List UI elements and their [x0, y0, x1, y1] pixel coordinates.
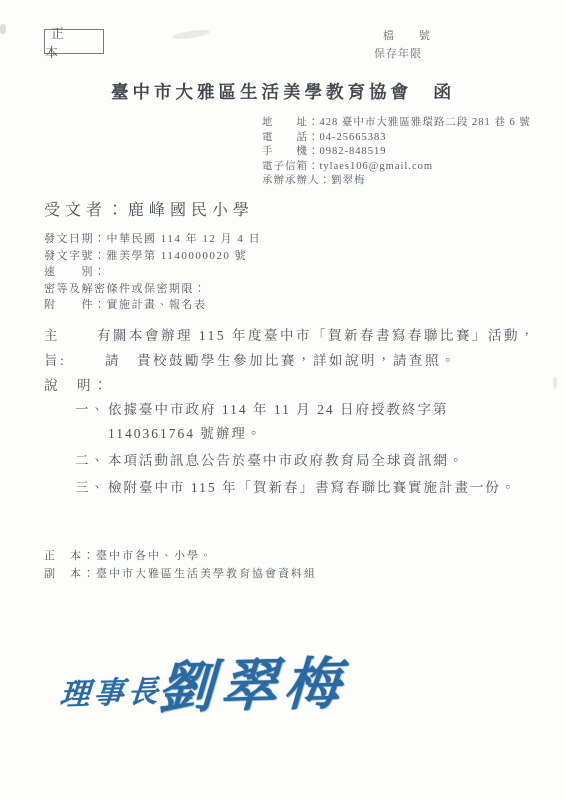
- doc-number-line: 發文字號：雅美學第 1140000020 號: [44, 248, 261, 265]
- subject-line-1: 有關本會辦理 115 年度臺中市「賀新春書寫春聯比賽」活動，: [97, 323, 542, 348]
- signature: 理事長 劉翠梅: [0, 640, 566, 760]
- sender-phone-line: 電 話：04-25665383: [262, 131, 531, 146]
- item-number: 三、: [75, 476, 108, 500]
- original-copy-stamp: 正 本: [44, 29, 104, 54]
- item-text: 本項活動訊息公告於臺中市政府教育局全球資訊網。: [108, 449, 532, 473]
- explanation-label: 說 明：: [44, 374, 110, 394]
- copies-block: 正 本：臺中市各中、小學。 副 本：臺中市大雅區生活美學教育協會資料組: [44, 548, 317, 583]
- item-text: 依據臺中市政府 114 年 11 月 24 日府授教終字第 1140361764…: [108, 398, 532, 446]
- explanation-items: 一、 依據臺中市政府 114 年 11 月 24 日府授教終字第 1140361…: [75, 398, 545, 503]
- document-meta-block: 發文日期：中華民國 114 年 12 月 4 日 發文字號：雅美學第 11400…: [44, 231, 261, 314]
- scan-artifact: [172, 28, 211, 40]
- sender-mobile-line: 手 機：0982-848519: [262, 145, 531, 160]
- subject-label: 主 旨:: [44, 323, 97, 373]
- explanation-item: 二、 本項活動訊息公告於臺中市政府教育局全球資訊網。: [75, 449, 545, 473]
- subject-section: 主 旨: 有關本會辦理 115 年度臺中市「賀新春書寫春聯比賽」活動， 請 貴校…: [44, 323, 542, 373]
- priority-line: 速 別：: [44, 264, 261, 281]
- issue-date-line: 發文日期：中華民國 114 年 12 月 4 日: [44, 231, 261, 248]
- scan-artifact: [0, 24, 6, 34]
- original-copy-recipients-line: 正 本：臺中市各中、小學。: [44, 548, 317, 566]
- sender-contact-person-line: 承辦承辦人：劉翠梅: [262, 174, 531, 189]
- subject-line-2: 請 貴校鼓勵學生參加比賽，詳如說明，請查照。: [97, 348, 542, 373]
- signature-name: 劉翠梅: [156, 639, 348, 724]
- scanned-official-letter: 正 本 檔 號 保存年限 臺中市大雅區生活美學教育協會 函 地 址：428 臺中…: [0, 0, 566, 800]
- recipient-line: 受文者：鹿峰國民小學: [44, 197, 254, 220]
- sender-contact-block: 地 址：428 臺中市大雅區雅環路二段 281 巷 6 號 電 話：04-256…: [262, 116, 531, 189]
- classification-line: 密等及解密條件或保密期限：: [44, 281, 261, 298]
- subject-body: 有關本會辦理 115 年度臺中市「賀新春書寫春聯比賽」活動， 請 貴校鼓勵學生參…: [97, 323, 542, 373]
- archive-file-no-label: 檔 號: [383, 27, 431, 43]
- signature-role-title: 理事長: [58, 666, 163, 714]
- explanation-item: 一、 依據臺中市政府 114 年 11 月 24 日府授教終字第 1140361…: [75, 398, 545, 446]
- explanation-item: 三、 檢附臺中市 115 年「賀新春」書寫春聯比賽實施計畫一份。: [75, 476, 545, 500]
- item-number: 二、: [75, 449, 108, 473]
- sender-address-line: 地 址：428 臺中市大雅區雅環路二段 281 巷 6 號: [262, 116, 531, 131]
- attachment-line: 附 件：實施計畫、報名表: [44, 297, 261, 314]
- scan-artifact: [553, 377, 557, 389]
- sender-email-line: 電子信箱：tylaes106@gmail.com: [262, 160, 531, 175]
- original-copy-stamp-label: 正 本: [45, 23, 103, 61]
- item-number: 一、: [75, 398, 108, 446]
- document-title: 臺中市大雅區生活美學教育協會 函: [0, 79, 566, 104]
- archive-retention-label: 保存年限: [374, 45, 422, 61]
- carbon-copy-recipients-line: 副 本：臺中市大雅區生活美學教育協會資料組: [44, 566, 317, 584]
- item-text: 檢附臺中市 115 年「賀新春」書寫春聯比賽實施計畫一份。: [108, 476, 532, 500]
